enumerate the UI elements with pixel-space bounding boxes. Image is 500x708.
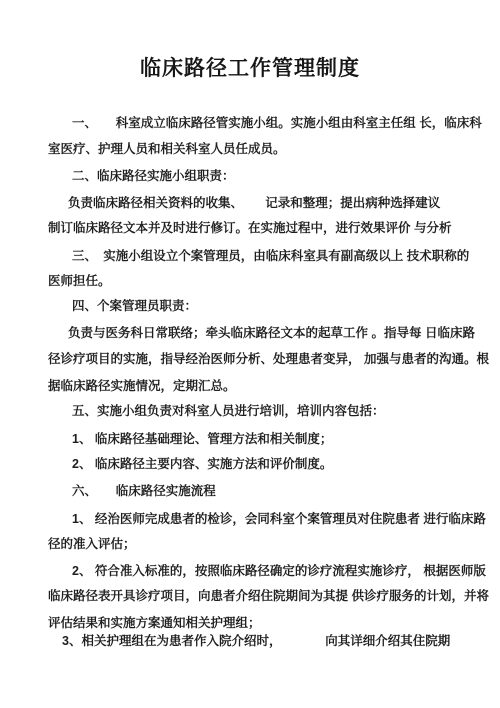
text-line: 一、 科室成立临床路径管实施小组。实施小组由科室主任组 长，临床科: [72, 116, 482, 131]
text-line: 五、实施小组负责对科室人员进行培训，培训内容包括：: [72, 404, 385, 419]
text-line: 六、 临床路径实施流程: [72, 484, 216, 499]
text-line: 1、 经治医师完成患者的检诊，会同科室个案管理员对住院患者 进行临床路: [72, 512, 486, 527]
text-line: 3、相关护理组在为患者作入院介绍时， 向其详细介绍其住院期: [62, 634, 450, 649]
text-line: 2、 临床路径主要内容、实施方法和评价制度。: [72, 457, 332, 472]
text-line: 制订临床路径文本并及时进行修订。在实施过程中，进行效果评价 与分析: [48, 221, 451, 236]
text-line: 1、 临床路径基础理论、管理方法和相关制度；: [72, 432, 332, 447]
text-line: 四、个案管理员职责：: [72, 299, 197, 314]
text-line: 2、 符合准入标准的，按照临床路径确定的诊疗流程实施诊疗， 根据医师版: [72, 564, 486, 579]
text-line: 负责与医务科日常联络；牵头临床路径文本的起草工作 。指导每 日临床路: [68, 326, 475, 341]
text-line: 据临床路径实施情况，定期汇总。: [48, 379, 236, 394]
text-line: 径诊疗项目的实施，指导经治医师分析、处理患者变异， 加强与患者的沟通。根: [48, 352, 489, 367]
document-body: 一、 科室成立临床路径管实施小组。实施小组由科室主任组 长，临床科室医疗、护理人…: [0, 0, 500, 708]
text-line: 三、 实施小组设立个案管理员，由临床科室具有副高级以上 技术职称的: [72, 249, 469, 264]
text-line: 医师担任。: [48, 274, 111, 289]
document-page: 临床路径工作管理制度 一、 科室成立临床路径管实施小组。实施小组由科室主任组 长…: [0, 0, 500, 708]
text-line: 负责临床路径相关资料的收集、 记录和整理；提出病种选择建议: [68, 196, 440, 211]
text-line: 临床路径表开具诊疗项目，向患者介绍住院期间为其提 供诊疗服务的计划，并将: [48, 589, 489, 604]
text-line: 评估结果和实施方案通知相关护理组；: [48, 616, 261, 631]
text-line: 径的准入评估；: [48, 537, 136, 552]
text-line: 二、临床路径实施小组职责：: [72, 169, 235, 184]
text-line: 室医疗、护理人员和相关科室人员任成员。: [48, 142, 286, 157]
